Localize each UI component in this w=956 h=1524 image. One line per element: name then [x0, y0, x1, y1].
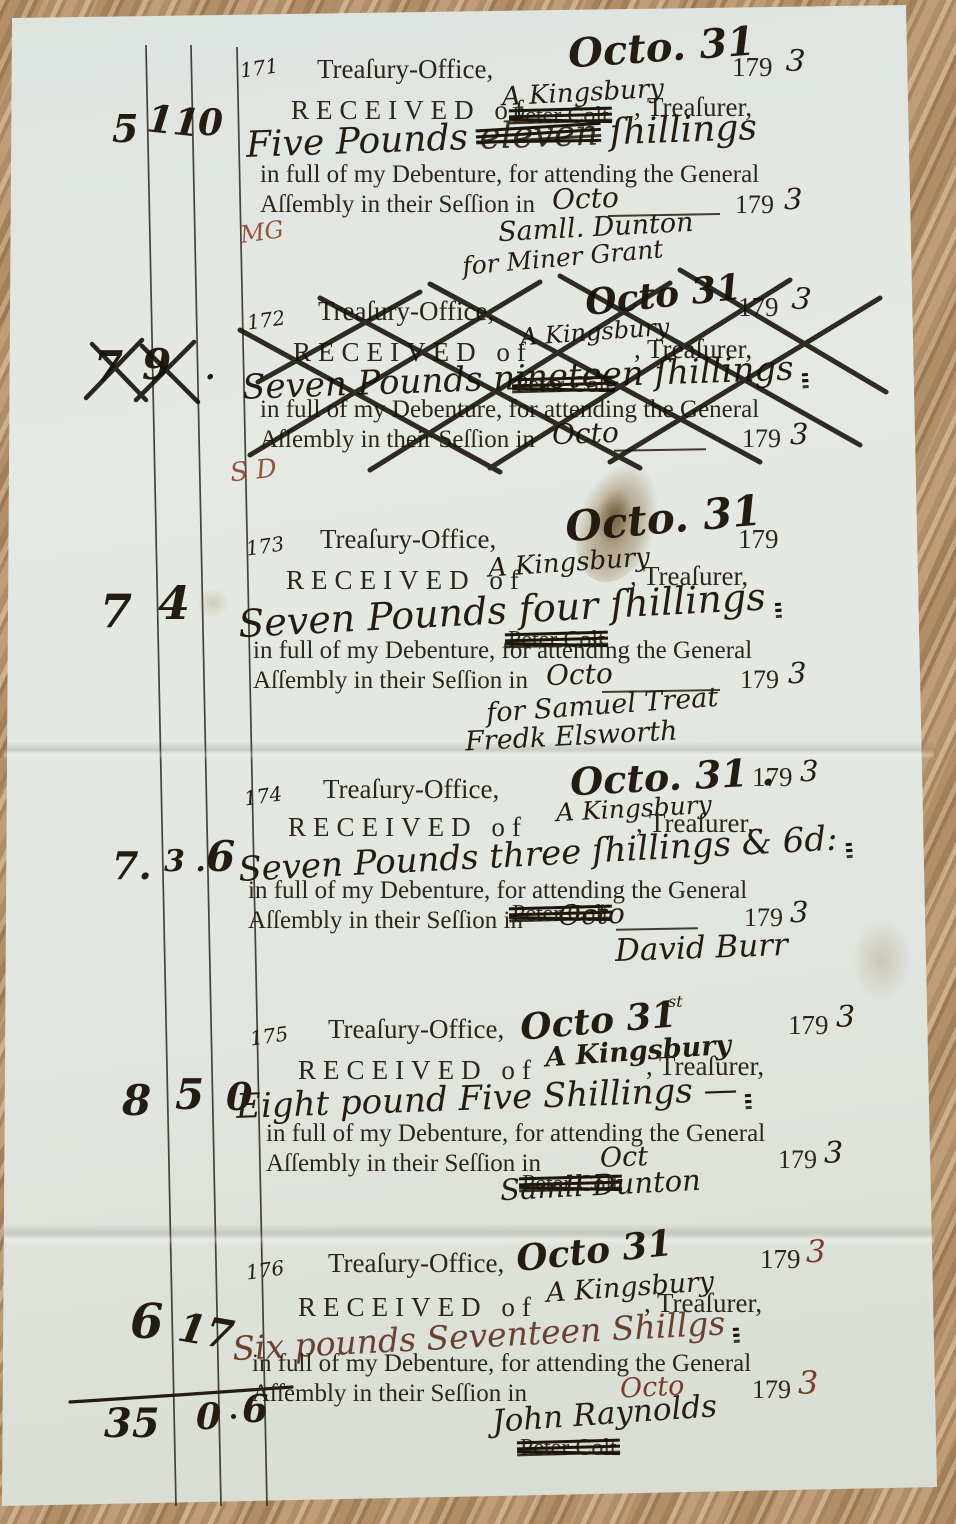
year-digit: 3: [785, 43, 806, 79]
year2-printed: 179: [742, 424, 781, 454]
total-pounds: 35: [104, 1400, 160, 1447]
year2-printed: 179: [778, 1145, 817, 1175]
year2-printed: 179: [740, 665, 779, 695]
office-label: Treaſury-Office,: [328, 1248, 504, 1279]
total-shillings: 0: [196, 1396, 221, 1438]
body-line2: Aſſembly in their Seſſion in: [260, 426, 535, 454]
ledger-pounds-voided: 7: [94, 342, 123, 391]
month-written: Octo: [545, 657, 613, 692]
year2-digit: 3: [784, 182, 802, 216]
signature: David Burr: [614, 927, 788, 969]
ledger-pence-voided: .: [205, 352, 215, 387]
body-line2: Aſſembly in their Seſſion in: [248, 907, 523, 935]
year2-digit: 3: [824, 1136, 843, 1171]
ledger-pence: 0: [226, 1074, 252, 1119]
office-label: Treaſury-Office,: [323, 774, 499, 805]
office-label: Treaſury-Office,: [318, 296, 494, 327]
ledger-shillings: 4: [158, 576, 190, 630]
body-line1: in full of my Debenture, for attending t…: [253, 637, 752, 665]
year-printed: 179: [738, 292, 779, 323]
year2-digit: 3: [790, 895, 808, 929]
ledger-pence: 6: [206, 832, 235, 881]
year-digit: 3: [836, 1000, 855, 1035]
ledger-pounds: 7: [100, 584, 132, 638]
ledger-pounds: 5: [112, 106, 138, 151]
date-superscript: st: [668, 992, 683, 1011]
amount-struck: eleven: [479, 113, 599, 158]
month-written: Octo: [557, 897, 625, 932]
office-label: Treaſury-Office,: [317, 54, 493, 85]
month-written: Octo: [551, 416, 619, 451]
ledger-pounds: 8: [122, 1076, 151, 1125]
office-label: Treaſury-Office,: [328, 1014, 504, 1045]
ledger-shillings: 3 .: [164, 844, 206, 879]
ledger-shillings: 17: [174, 1304, 237, 1360]
year2-digit: 3: [790, 417, 808, 451]
body-line1: in full of my Debenture, for attending t…: [260, 396, 759, 424]
total-pence: 6: [242, 1386, 268, 1431]
ledger-pounds: 7.: [112, 843, 152, 888]
ledger-shillings: 5: [175, 1070, 204, 1119]
body-line2: Aſſembly in their Seſſion in: [260, 191, 535, 219]
year-printed: 179: [788, 1010, 829, 1041]
year-printed: 179: [732, 52, 773, 83]
payee-struck: Peter Colt: [520, 1435, 617, 1462]
year-digit: 3: [790, 281, 813, 318]
body-line1: in full of my Debenture, for attending t…: [248, 877, 747, 905]
year-printed: 179: [738, 524, 779, 555]
faint-stain: [852, 918, 912, 1002]
photo-of-document: { "document": { "kind": "1793 Connecticu…: [0, 0, 956, 1524]
total-separator-dot: [231, 1414, 236, 1419]
year2-digit: 3: [788, 656, 806, 690]
faint-stain-small: [196, 588, 230, 618]
body-line1: in full of my Debenture, for attending t…: [260, 161, 759, 189]
ledger-shillings: 11: [145, 95, 202, 145]
year2-digit: 3: [798, 1364, 818, 1402]
ledger-pounds: 6: [130, 1294, 163, 1350]
body-line1: in full of my Debenture, for attending t…: [266, 1120, 765, 1148]
ledger-shillings-voided: 9: [142, 340, 171, 389]
office-label: Treaſury-Office,: [320, 524, 496, 555]
year2-printed: 179: [752, 1375, 791, 1405]
ledger-pence: 0: [198, 102, 223, 144]
clerk-initials: S D: [229, 454, 279, 489]
year-digit: 3: [800, 754, 818, 788]
amount-post: ſhillings: [609, 107, 758, 153]
body-line2: Aſſembly in their Seſſion in: [252, 1380, 527, 1408]
year-printed: 179: [752, 762, 793, 793]
amount-pre: Five Pounds: [245, 117, 468, 166]
body-line2: Aſſembly in their Seſſion in: [253, 667, 528, 695]
year2-printed: 179: [735, 190, 774, 220]
year-printed: 179: [760, 1244, 801, 1275]
year-digit: 3: [806, 1234, 826, 1270]
